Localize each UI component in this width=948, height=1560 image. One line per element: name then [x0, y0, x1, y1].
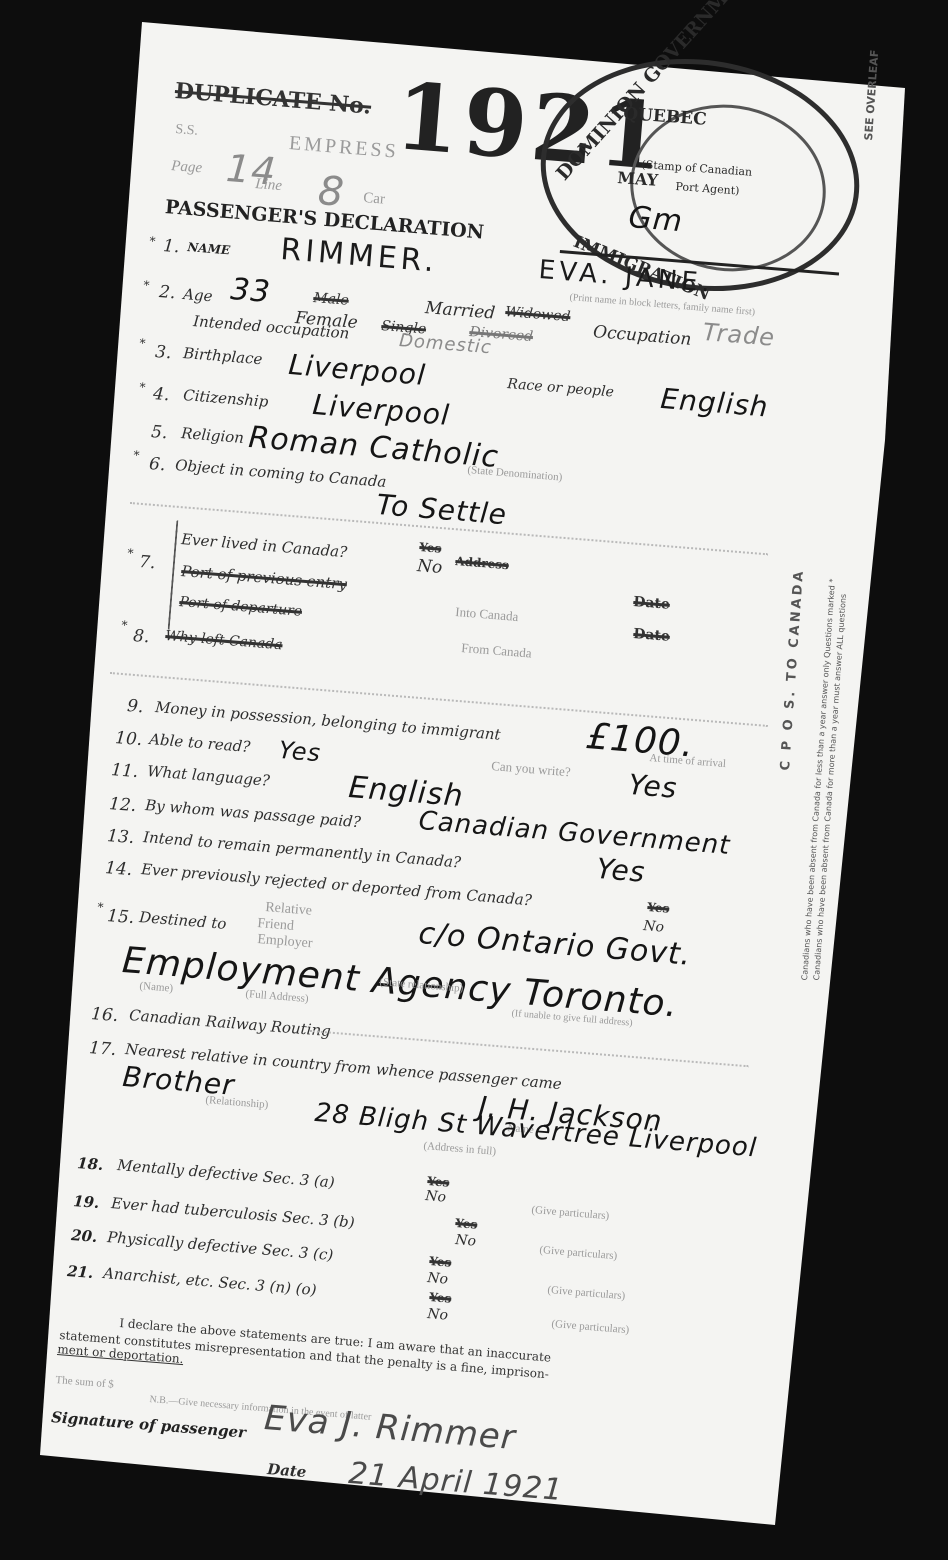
- field-7-date-label: Date: [633, 594, 671, 613]
- field-3-value: Liverpool: [287, 348, 427, 392]
- date-label: Date: [267, 1460, 308, 1481]
- field-5-label: Religion: [181, 424, 245, 447]
- field-15-label: Destined to: [139, 908, 228, 933]
- can-you-write-value: Yes: [627, 768, 678, 805]
- field-8-num: 8.: [132, 626, 150, 647]
- duplicate-label: DUPLICATE No.: [174, 78, 372, 120]
- field-21-num: 21.: [67, 1262, 94, 1282]
- field-17-address-hint: (Address in full): [423, 1140, 496, 1158]
- field-16-label: Canadian Railway Routing: [129, 1006, 332, 1040]
- field-18-hint: (Give particulars): [531, 1204, 610, 1222]
- occupation-value: Trade: [702, 318, 776, 352]
- field-20-no: No: [427, 1270, 449, 1288]
- field-21-label: Anarchist, etc. Sec. 3 (n) (o): [103, 1264, 318, 1299]
- marital-widowed: Widowed: [505, 304, 571, 325]
- field-20-yes: Yes: [429, 1254, 452, 1270]
- cpos-label: C P O S. TO CANADA: [778, 568, 807, 771]
- field-11-label: What language?: [147, 762, 271, 790]
- field-21-no: No: [427, 1306, 449, 1324]
- field-1-hint: (Print name in block letters, family nam…: [569, 292, 755, 318]
- field-1-surname: RIMMER.: [279, 232, 439, 280]
- field-7-no: No: [416, 556, 443, 578]
- field-6-num: 6.: [148, 454, 166, 475]
- field-18-yes: Yes: [427, 1174, 450, 1190]
- field-21-hint: (Give particulars): [551, 1318, 630, 1336]
- field-14-no: No: [643, 918, 665, 936]
- field-3-label: Birthplace: [183, 344, 264, 368]
- ship-name: EMPRESS: [288, 132, 399, 164]
- field-7-hint: Into Canada: [455, 604, 519, 625]
- field-14-yes: Yes: [647, 900, 670, 916]
- field-4-num: 4.: [152, 384, 170, 405]
- field-17-num: 17.: [88, 1038, 117, 1060]
- field-7-port-previous: Port of previous entry: [181, 562, 348, 593]
- field-1-num: 1.: [162, 236, 180, 257]
- field-7-brace: [168, 520, 179, 630]
- field-10-value: Yes: [278, 736, 322, 767]
- field-9-num: 9.: [126, 696, 144, 717]
- field-12-value: Canadian Government: [418, 806, 732, 861]
- field-17-relationship-hint: (Relationship): [205, 1094, 269, 1111]
- field-13-value: Yes: [595, 852, 646, 889]
- field-12-num: 12.: [108, 794, 137, 816]
- field-10-label: Able to read?: [149, 730, 251, 756]
- marital-married: Married: [424, 298, 496, 324]
- field-4-value: Liverpool: [311, 388, 451, 432]
- field-19-hint: (Give particulars): [539, 1244, 618, 1262]
- race-value: English: [659, 382, 769, 424]
- field-2-label: Age: [183, 285, 214, 305]
- field-14-num: 14.: [104, 858, 133, 880]
- can-you-write-label: Can you write?: [491, 758, 571, 780]
- field-18-label: Mentally defective Sec. 3 (a): [117, 1156, 336, 1191]
- field-12-label: By whom was passage paid?: [145, 796, 362, 831]
- occupation-label: Occupation: [592, 322, 692, 350]
- field-15-hint2: (Name): [139, 980, 173, 995]
- field-20-hint: (Give particulars): [547, 1284, 626, 1302]
- field-7-label: Ever lived in Canada?: [181, 530, 348, 561]
- race-label: Race or people: [507, 376, 615, 401]
- card-content: DUPLICATE No. 1921 S.S. EMPRESS Page 14 …: [0, 0, 948, 1560]
- ss-label: S.S.: [175, 122, 199, 140]
- field-20-label: Physically defective Sec. 3 (c): [107, 1228, 334, 1264]
- sex-option-male: Male: [313, 290, 350, 309]
- destined-employer: Employer: [257, 932, 313, 952]
- field-7-address-label: Address: [455, 554, 510, 572]
- field-3-num: 3.: [154, 342, 172, 363]
- field-1-label: NAME: [187, 240, 231, 257]
- field-2-num: 2.: [158, 282, 176, 303]
- field-8-label: Why left Canada: [165, 628, 283, 653]
- field-19-no: No: [455, 1232, 477, 1250]
- sum-label: The sum of $: [55, 1374, 114, 1391]
- field-2-age: 33: [229, 272, 272, 310]
- field-4-label: Citizenship: [183, 386, 269, 411]
- line-label: Line: [255, 176, 283, 195]
- date-value: 21 April 1921: [347, 1456, 564, 1508]
- see-overleaf-label: SEE OVERLEAF: [862, 49, 881, 141]
- field-18-num: 18.: [77, 1154, 104, 1174]
- field-7-port-departure: Port of departure: [179, 594, 303, 620]
- field-15-num: 15.: [106, 906, 135, 928]
- field-5-num: 5.: [150, 422, 168, 443]
- field-11-num: 11.: [110, 760, 139, 782]
- field-10-num: 10.: [114, 728, 143, 750]
- field-7-num: 7.: [138, 552, 156, 573]
- field-19-num: 19.: [73, 1192, 100, 1212]
- car-label: Car: [363, 190, 386, 209]
- field-19-yes: Yes: [455, 1216, 478, 1232]
- field-10-hint: At time of arrival: [649, 752, 726, 770]
- field-21-yes: Yes: [429, 1290, 452, 1306]
- stamp-month: MAY: [617, 168, 659, 190]
- field-8-date-label: Date: [633, 626, 671, 645]
- field-5-hint: (State Denomination): [467, 464, 563, 484]
- field-13-num: 13.: [106, 826, 135, 848]
- field-19-label: Ever had tuberculosis Sec. 3 (b): [111, 1194, 356, 1232]
- field-14-label: Ever previously rejected or deported fro…: [141, 860, 533, 909]
- signature-value: Eva J. Rimmer: [263, 1398, 518, 1458]
- field-16-num: 16.: [90, 1004, 119, 1026]
- field-7-yes: Yes: [419, 540, 442, 556]
- field-18-no: No: [425, 1188, 447, 1206]
- page-label: Page: [171, 158, 203, 177]
- signature-label: Signature of passenger: [51, 1408, 247, 1442]
- field-20-num: 20.: [71, 1226, 98, 1246]
- field-8-hint: From Canada: [461, 640, 532, 662]
- stamp-initials: Gm: [627, 200, 684, 239]
